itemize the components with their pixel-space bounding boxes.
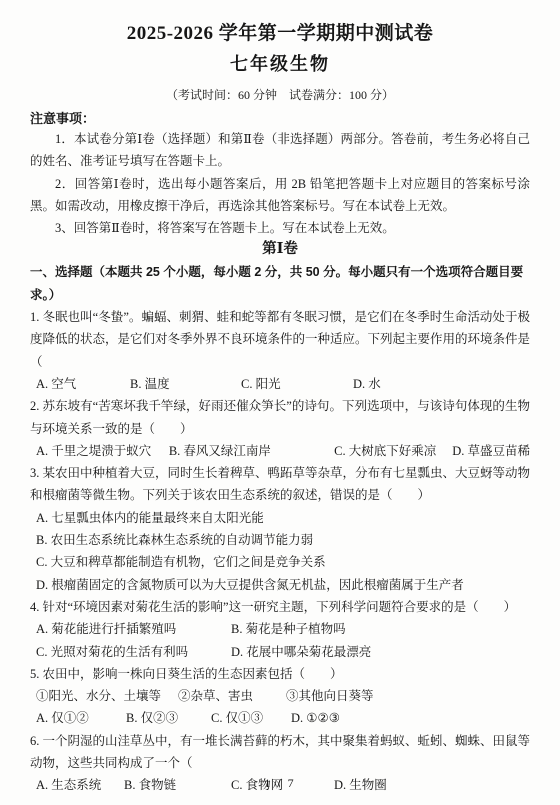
question-3-option-b: B. 农田生态系统比森林生态系统的自动调节能力弱 xyxy=(30,529,530,551)
question-1-options: A. 空气 B. 温度 C. 阳光 D. 水 xyxy=(30,373,530,395)
question-2-option-d: D. 草盛豆苗稀 xyxy=(452,440,530,462)
question-3-stem: 3. 某农田中种植着大豆，同时生长着稗草、鸭跖草等杂草，分布有七星瓢虫、大豆蚜等… xyxy=(30,462,530,507)
question-5-sub-items: ①阳光、水分、土壤等 ②杂草、害虫 ③其他向日葵等 xyxy=(30,685,530,707)
question-1-option-a: A. 空气 xyxy=(36,373,130,395)
question-5-sub-item-3: ③其他向日葵等 xyxy=(286,685,374,707)
question-2: 2. 苏东坡有“苦寒坏我千竿绿，好雨还催众笋长”的诗句。下列选项中，与该诗句体现… xyxy=(30,395,530,462)
question-3-option-d: D. 根瘤菌固定的含氮物质可以为大豆提供含氮无机盐，因此根瘤菌属于生产者 xyxy=(30,574,530,596)
question-3: 3. 某农田中种植着大豆，同时生长着稗草、鸭跖草等杂草，分布有七星瓢虫、大豆蚜等… xyxy=(30,462,530,596)
question-4: 4. 针对“环境因素对菊花生活的影响”这一研究主题，下列科学问题符合要求的是（ … xyxy=(30,596,530,663)
question-2-stem: 2. 苏东坡有“苦寒坏我千竿绿，好雨还催众笋长”的诗句。下列选项中，与该诗句体现… xyxy=(30,395,530,440)
page-title: 2025-2026 学年第一学期期中测试卷 xyxy=(30,22,530,46)
question-4-option-b: B. 菊花是种子植物吗 xyxy=(231,618,530,640)
question-1-option-d: D. 水 xyxy=(353,373,381,395)
question-2-options: A. 千里之堤溃于蚁穴 B. 春风又绿江南岸 C. 大树底下好乘凉 D. 草盛豆… xyxy=(30,440,530,462)
question-5: 5. 农田中，影响一株向日葵生活的生态因素包括（ ） ①阳光、水分、土壤等 ②杂… xyxy=(30,663,530,730)
question-2-option-c: C. 大树底下好乘凉 xyxy=(334,440,452,462)
question-4-stem: 4. 针对“环境因素对菊花生活的影响”这一研究主题，下列科学问题符合要求的是（ … xyxy=(30,596,530,618)
question-5-option-a: A. 仅①② xyxy=(36,707,126,729)
question-4-option-d: D. 花展中哪朵菊花最漂亮 xyxy=(231,641,530,663)
notice-item-2: 2．回答第Ⅰ卷时，选出每小题答案后，用 2B 铅笔把答题卡上对应题目的答案标号涂… xyxy=(30,173,530,218)
page-number: 1 / 7 xyxy=(0,775,560,791)
question-2-option-b: B. 春风又绿江南岸 xyxy=(169,440,334,462)
exam-paper-page: 2025-2026 学年第一学期期中测试卷 七年级生物 （考试时间：60 分钟 … xyxy=(0,0,560,805)
section-instruction: 一、选择题（本题共 25 个小题，每小题 2 分，共 50 分。每小题只有一个选… xyxy=(30,261,530,306)
question-6-stem: 6. 一个阴湿的山洼草丛中，有一堆长满苔藓的朽木，其中聚集着蚂蚁、蚯蚓、蜘蛛、田… xyxy=(30,730,530,775)
question-3-option-a: A. 七星瓢虫体内的能量最终来自太阳光能 xyxy=(30,507,530,529)
question-5-option-d: D. ①②③ xyxy=(291,707,340,729)
exam-subject: 七年级生物 xyxy=(30,52,530,76)
question-2-option-a: A. 千里之堤溃于蚁穴 xyxy=(36,440,169,462)
question-5-sub-item-1: ①阳光、水分、土壤等 xyxy=(36,685,178,707)
question-5-options: A. 仅①② B. 仅②③ C. 仅①③ D. ①②③ xyxy=(30,707,530,729)
question-5-option-b: B. 仅②③ xyxy=(126,707,211,729)
question-4-options: A. 菊花能进行扦插繁殖吗 B. 菊花是种子植物吗 C. 光照对菊花的生活有利吗… xyxy=(30,618,530,663)
notice-item-3: 3、回答第Ⅱ卷时，将答案写在答题卡上。写在本试卷上无效。 xyxy=(30,217,530,239)
notices-label: 注意事项： xyxy=(30,110,530,128)
question-4-option-c: C. 光照对菊花的生活有利吗 xyxy=(36,641,231,663)
question-5-sub-item-2: ②杂草、害虫 xyxy=(178,685,286,707)
question-5-option-c: C. 仅①③ xyxy=(211,707,291,729)
question-5-stem: 5. 农田中，影响一株向日葵生活的生态因素包括（ ） xyxy=(30,663,530,685)
notice-item-1: 1．本试卷分第Ⅰ卷（选择题）和第Ⅱ卷（非选择题）两部分。答卷前，考生务必将自己的… xyxy=(30,128,530,173)
question-1-stem: 1. 冬眠也叫“冬蛰”。蝙蝠、刺猬、蛙和蛇等都有冬眠习惯，是它们在冬季时生命活动… xyxy=(30,306,530,373)
question-4-option-a: A. 菊花能进行扦插繁殖吗 xyxy=(36,618,231,640)
section-title: 第Ⅰ卷 xyxy=(30,241,530,258)
exam-info: （考试时间：60 分钟 试卷满分：100 分） xyxy=(30,86,530,104)
question-1: 1. 冬眠也叫“冬蛰”。蝙蝠、刺猬、蛙和蛇等都有冬眠习惯，是它们在冬季时生命活动… xyxy=(30,306,530,395)
question-1-option-c: C. 阳光 xyxy=(241,373,353,395)
question-3-option-c: C. 大豆和稗草都能制造有机物，它们之间是竞争关系 xyxy=(30,551,530,573)
question-1-option-b: B. 温度 xyxy=(130,373,241,395)
